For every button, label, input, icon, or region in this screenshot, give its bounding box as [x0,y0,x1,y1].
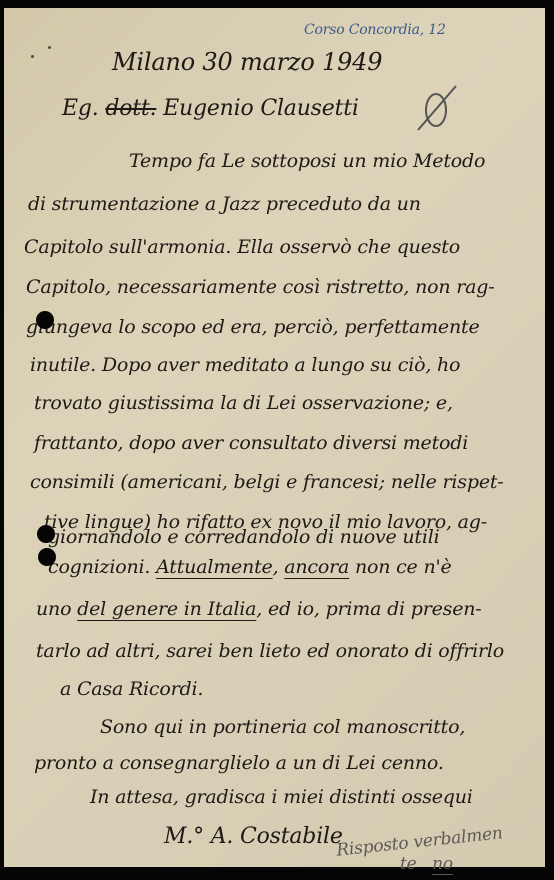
date-line: Milano 30 marzo 1949 [112,48,382,76]
body-line-2: di strumentazione a Jazz preceduto da un [28,193,421,215]
body-line-7: trovato giustissima la di Lei osservazio… [34,392,453,414]
tail-text: non ce n'è [355,556,452,578]
body-line-13: tarlo ad altri, sarei ben lieto ed onora… [36,640,504,662]
body-line-11: giornandolo e corredandolo di nuove util… [48,526,440,548]
body-line-3: Capitolo sull'armonia. Ella osservò che … [24,236,460,258]
body-line-15: Sono qui in portineria col manoscritto, [100,716,465,738]
body-line-5: giungeva lo scopo ed era, perciò, perfet… [26,316,480,338]
comma: , [273,556,279,578]
underlined-phrase: del genere in Italia [77,598,256,620]
paper-spot [31,55,34,58]
pencil-note-no: no [432,854,453,874]
paper-spot [48,46,51,49]
signature: M.° A. Costabile [164,824,343,849]
body-line-1: Tempo fa Le sottoposi un mio Metodo [129,150,485,172]
pencil-note-line2: te no [400,854,453,874]
italia-line: uno del genere in Italia, ed io, prima d… [36,598,482,620]
body-line-14: a Casa Ricordi. [60,678,203,700]
address-annotation: Corso Concordia, 12 [304,22,446,38]
pencil-note-te: te [400,854,417,874]
punch-hole [38,548,56,566]
tail-text: , ed io, prima di presen- [256,598,481,620]
body-line-6: inutile. Dopo aver meditato a lungo su c… [30,354,460,376]
struck-title: dott. [105,96,156,121]
salutation: Eg. dott. Eugenio Clausetti [62,96,359,121]
lead-text: uno [36,598,71,620]
salutation-prefix: Eg. [62,96,99,121]
body-line-9: consimili (americani, belgi e francesi; … [30,471,504,493]
underlined-line: cognizioni. Attualmente, ancora non ce n… [48,556,452,578]
slashed-circle-mark [404,78,464,138]
closing-line: In attesa, gradisca i miei distinti osse… [90,786,473,808]
punch-hole [36,311,54,329]
body-line-4: Capitolo, necessariamente così ristretto… [26,276,494,298]
punch-hole [37,525,55,543]
letter-page: Corso Concordia, 12 Milano 30 marzo 1949… [4,8,545,867]
recipient-name: Eugenio Clausetti [163,96,359,121]
lead-text: cognizioni. [48,556,150,578]
underlined-word-ancora: ancora [284,556,349,578]
body-line-8: frattanto, dopo aver consultato diversi … [34,432,468,454]
underlined-word-attualmente: Attualmente [156,556,272,578]
body-line-16: pronto a consegnarglielo a un di Lei cen… [34,752,444,774]
